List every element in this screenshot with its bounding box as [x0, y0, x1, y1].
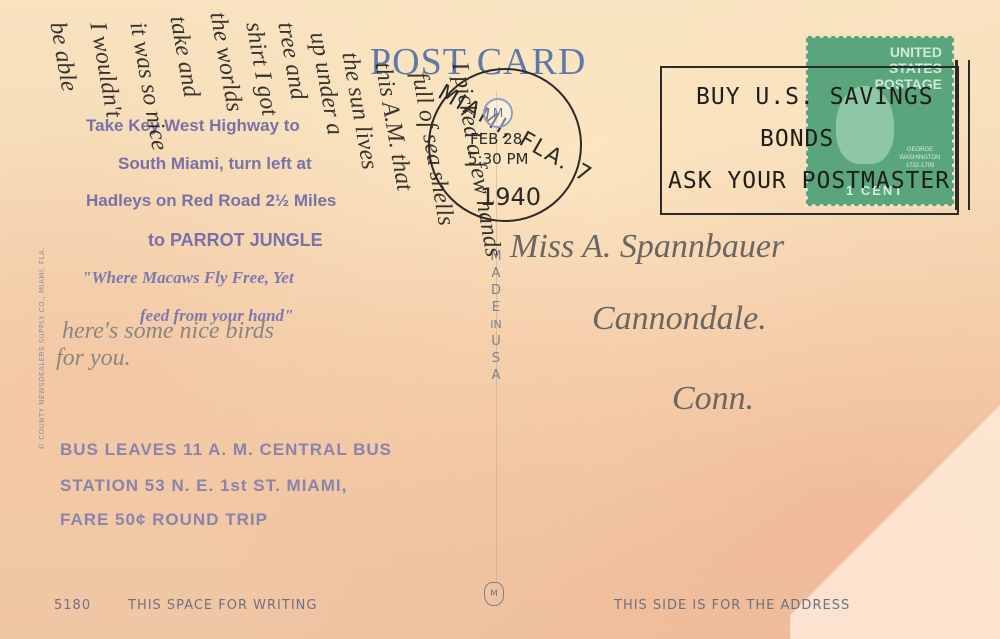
cancellation-line: ASK YOUR POSTMASTER [668, 168, 950, 194]
ad-slogan: "Where Macaws Fly Free, Yet [82, 268, 294, 288]
bus-info-line: BUS LEAVES 11 A. M. CENTRAL BUS [60, 440, 392, 460]
postcard-back: POST CARD M A D E IN U S A Take Key West… [0, 0, 1000, 639]
cancellation-line: BONDS [760, 126, 834, 152]
postmark-date: FEB 28 [470, 130, 522, 148]
cancellation-bar [955, 60, 964, 210]
ad-headline: to PARROT JUNGLE [148, 230, 323, 251]
cancellation-bar [968, 60, 970, 210]
catalog-number: 5180 [54, 598, 91, 613]
publisher-credit: © COUNTY NEWSDEALERS SUPPLY CO., MIAMI, … [38, 247, 46, 450]
cancellation-line: BUY U.S. SAVINGS [696, 84, 934, 110]
pencil-note: for you. [56, 345, 131, 372]
writing-label: THIS SPACE FOR WRITING [128, 598, 317, 613]
handwritten-message: I wouldn't [83, 20, 126, 120]
ad-line: Take Key West Highway to [86, 116, 300, 136]
publisher-logo-icon: M [484, 582, 504, 606]
ad-line: Hadleys on Red Road 2½ Miles [86, 191, 336, 211]
pencil-note: here's some nice birds [62, 318, 274, 345]
address-label: THIS SIDE IS FOR THE ADDRESS [614, 598, 850, 613]
handwritten-message: be able [43, 20, 82, 94]
postmark-logo-icon: M [483, 98, 513, 128]
handwritten-message: take and [163, 14, 204, 99]
postmark-year: 1940 [480, 183, 541, 211]
ad-line: South Miami, turn left at [118, 154, 312, 174]
recipient-state: Conn. [672, 380, 754, 418]
recipient-city: Cannondale. [592, 300, 767, 338]
bus-info-line: STATION 53 N. E. 1st ST. MIAMI, [60, 476, 347, 496]
recipient-name: Miss A. Spannbauer [510, 228, 784, 266]
made-in-usa: M A D E IN U S A [488, 248, 504, 384]
postmark-time: 5:30 PM [468, 150, 528, 168]
bus-info-line: FARE 50¢ ROUND TRIP [60, 510, 268, 530]
